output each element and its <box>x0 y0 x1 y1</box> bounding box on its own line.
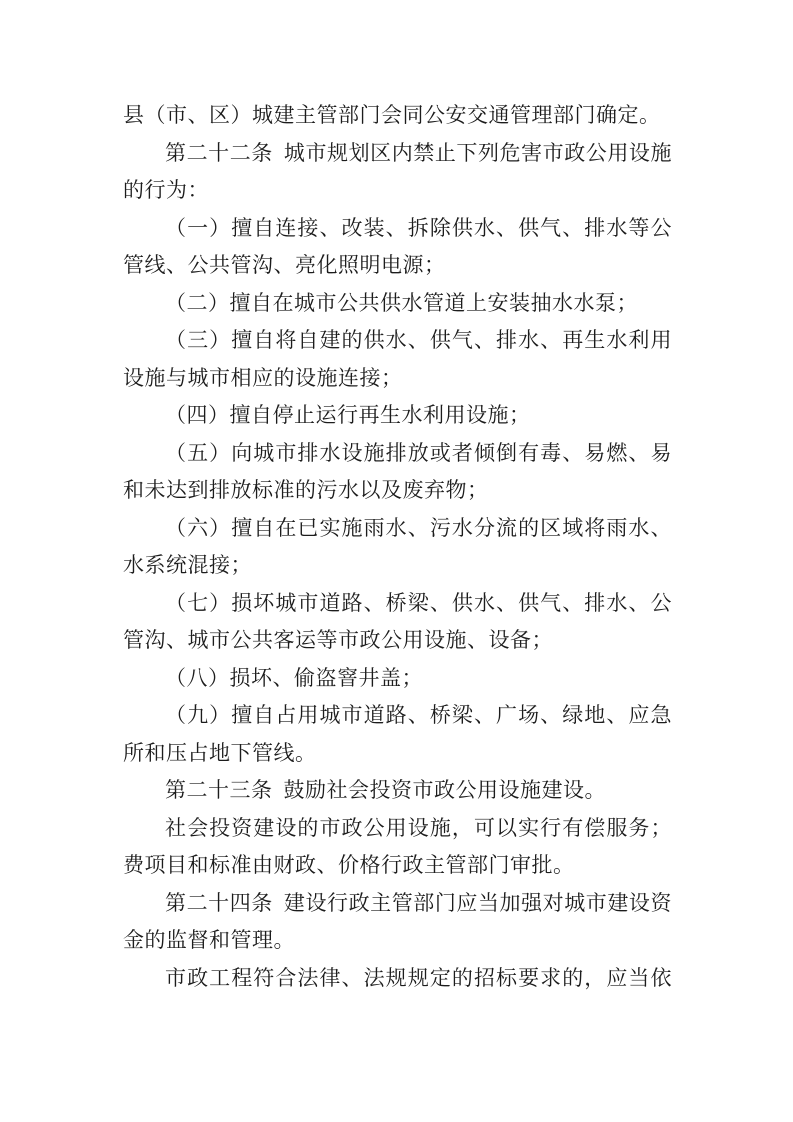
text-line: 和未达到排放标准的污水以及废弃物； <box>123 472 672 510</box>
document-page: 县（市、区）城建主管部门会同公安交通管理部门确定。第二十二条 城市规划区内禁止下… <box>0 0 793 1122</box>
text-line: 的行为： <box>123 172 672 210</box>
text-line: 管沟、城市公共客运等市政公用设施、设备； <box>123 622 672 660</box>
text-line: （四）擅自停止运行再生水利用设施； <box>123 397 672 435</box>
text-line: （三）擅自将自建的供水、供气、排水、再生水利用等 <box>123 322 672 360</box>
document-text-block: 县（市、区）城建主管部门会同公安交通管理部门确定。第二十二条 城市规划区内禁止下… <box>123 97 672 997</box>
text-line: 费项目和标准由财政、价格行政主管部门审批。 <box>123 847 672 885</box>
text-line: （一）擅自连接、改装、拆除供水、供气、排水等公用 <box>123 210 672 248</box>
text-line: 所和压占地下管线。 <box>123 735 672 773</box>
text-line: 县（市、区）城建主管部门会同公安交通管理部门确定。 <box>123 97 672 135</box>
text-line: （二）擅自在城市公共供水管道上安装抽水水泵； <box>123 285 672 323</box>
text-line: 设施与城市相应的设施连接； <box>123 360 672 398</box>
text-line: 第二十二条 城市规划区内禁止下列危害市政公用设施 <box>123 135 672 173</box>
text-line: 水系统混接； <box>123 547 672 585</box>
text-line: （五）向城市排水设施排放或者倾倒有毒、易燃、易爆 <box>123 435 672 473</box>
text-line: （七）损坏城市道路、桥梁、供水、供气、排水、公共 <box>123 585 672 623</box>
text-line: （九）擅自占用城市道路、桥梁、广场、绿地、应急场 <box>123 697 672 735</box>
text-line: （八）损坏、偷盗窨井盖； <box>123 660 672 698</box>
text-line: 金的监督和管理。 <box>123 922 672 960</box>
text-line: 第二十四条 建设行政主管部门应当加强对城市建设资 <box>123 885 672 923</box>
text-line: 第二十三条 鼓励社会投资市政公用设施建设。 <box>123 772 672 810</box>
text-line: （六）擅自在已实施雨水、污水分流的区域将雨水、污 <box>123 510 672 548</box>
text-line: 社会投资建设的市政公用设施，可以实行有偿服务；收 <box>123 810 672 848</box>
text-line: 市政工程符合法律、法规规定的招标要求的，应当依法 <box>123 960 672 998</box>
text-line: 管线、公共管沟、亮化照明电源； <box>123 247 672 285</box>
